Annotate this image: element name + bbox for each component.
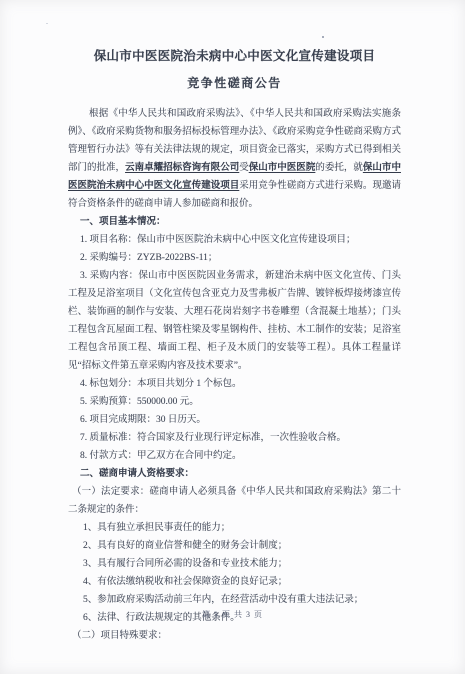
project-item-quality: 7. 质量标准：符合国家及行业现行评定标准，一次性验收合格。 xyxy=(68,429,401,447)
doc-body: 根据《中华人民共和国政府采购法》、《中华人民共和国政府采购法实施条例》、《政府采… xyxy=(68,105,401,645)
doc-title: 保山市中医医院治未病中心中医文化宣传建设项目 xyxy=(68,48,401,64)
qualification-item: 4、有依法缴纳税收和社会保障资金的良好记录； xyxy=(68,573,401,591)
qualification-item: 1、具有独立承担民事责任的能力； xyxy=(68,519,401,537)
agency-name-emphasis: 云南卓耀招标咨询有限公司 xyxy=(125,163,239,173)
project-item-budget: 5. 采购预算：550000.00 元。 xyxy=(68,393,401,411)
scanned-document-page: 保山市中医医院治未病中心中医文化宣传建设项目 竞争性磋商公告 根据《中华人民共和… xyxy=(0,0,465,674)
section2-heading: 二、磋商申请人资格要求： xyxy=(68,465,401,483)
intro-paragraph: 根据《中华人民共和国政府采购法》、《中华人民共和国政府采购法实施条例》、《政府采… xyxy=(68,105,401,213)
page-footer: 第 1 页 共 3 页 xyxy=(0,609,465,620)
intro-run: 的委托，就 xyxy=(315,163,363,173)
section1-heading: 一、项目基本情况： xyxy=(68,213,401,231)
project-item-lots: 4. 标包划分：本项目共划分 1 个标包。 xyxy=(68,375,401,393)
document-sheet: 保山市中医医院治未病中心中医文化宣传建设项目 竞争性磋商公告 根据《中华人民共和… xyxy=(68,48,401,645)
project-item-content: 3. 采购内容：保山市中医医院因业务需求，新建治未病中医文化宣传、门头工程及足浴… xyxy=(68,267,401,375)
legal-requirements-intro: （一）法定要求：磋商申请人必须具备《中华人民共和国政府采购法》第二十二条规定的条… xyxy=(68,483,401,519)
qualification-item: 5、参加政府采购活动前三年内，在经营活动中没有重大违法记录； xyxy=(68,591,401,609)
project-item-number: 2. 采购编号：ZYZB-2022BS-11； xyxy=(68,249,401,267)
purchaser-name-emphasis: 保山市中医医院 xyxy=(249,163,316,173)
doc-subtitle: 竞争性磋商公告 xyxy=(68,76,401,91)
qualification-item: 2、具有良好的商业信誉和健全的财务会计制度； xyxy=(68,537,401,555)
special-requirements-heading: （二）项目特殊要求： xyxy=(68,627,401,645)
project-item-payment: 8. 付款方式：甲乙双方在合同中约定。 xyxy=(68,447,401,465)
project-item-name: 1. 项目名称：保山市中医医院治未病中心中医文化宣传建设项目； xyxy=(68,231,401,249)
scan-speck xyxy=(46,23,48,24)
qualification-item: 3、具有履行合同所必需的设备和专业技术能力； xyxy=(68,555,401,573)
project-item-deadline: 6. 项目完成期限：30 日历天。 xyxy=(68,411,401,429)
intro-run: 受 xyxy=(239,163,249,173)
scan-speck xyxy=(322,36,324,38)
